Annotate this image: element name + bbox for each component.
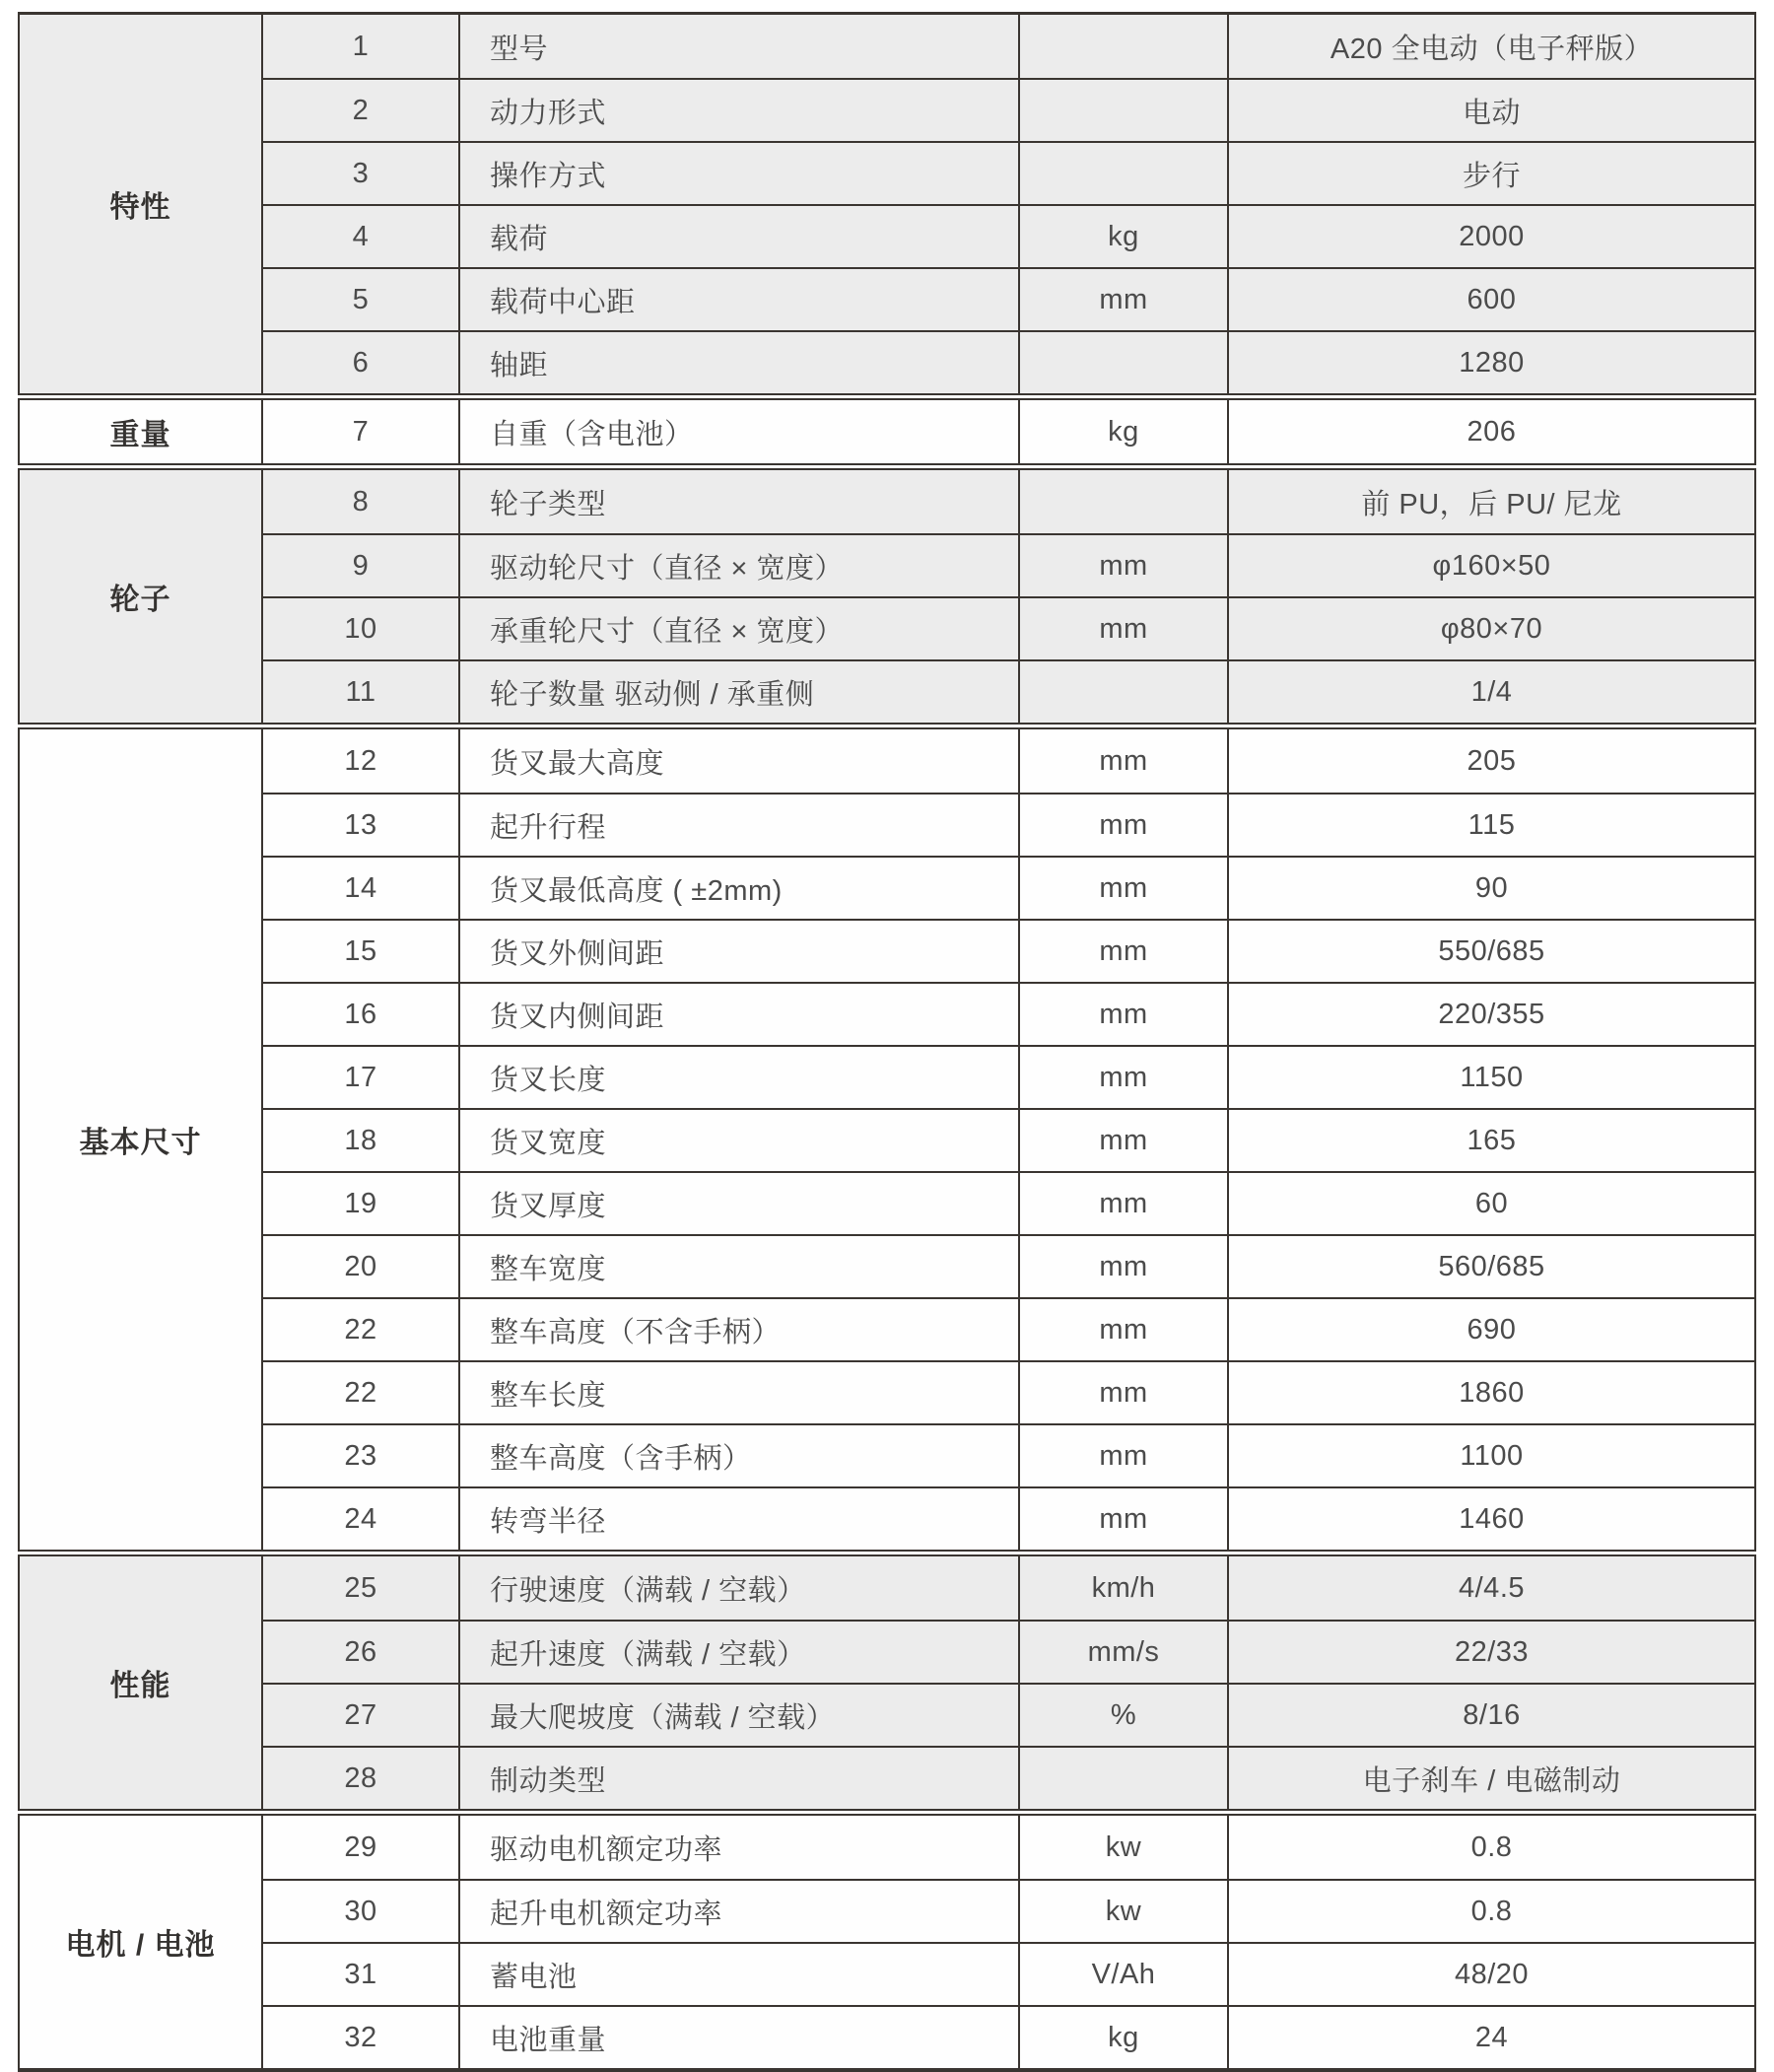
- row-number-cell: 2: [263, 78, 460, 141]
- value-cell: 前 PU，后 PU/ 尼龙: [1229, 470, 1754, 533]
- param-name-cell: 起升行程: [460, 793, 1020, 856]
- param-name-cell: 货叉宽度: [460, 1108, 1020, 1171]
- value-cell: 0.8: [1229, 1816, 1754, 1879]
- row-number-cell: 4: [263, 204, 460, 267]
- row-number-cell: 25: [263, 1556, 460, 1620]
- value-cell: 1460: [1229, 1486, 1754, 1550]
- row-number-cell: 14: [263, 856, 460, 919]
- value-cell: 1100: [1229, 1423, 1754, 1486]
- param-name-cell: 操作方式: [460, 141, 1020, 204]
- row-number-cell: 18: [263, 1108, 460, 1171]
- row-number-cell: 8: [263, 470, 460, 533]
- value-cell: 206: [1229, 400, 1754, 463]
- value-cell: 0.8: [1229, 1879, 1754, 1942]
- spec-table: 特性 1 型号 A20 全电动（电子秤版） 2 动力形式 电动 3 操作方式 步…: [18, 12, 1756, 2072]
- value-cell: 1280: [1229, 330, 1754, 393]
- unit-cell: mm/s: [1020, 1620, 1229, 1683]
- category-cell: 基本尺寸: [20, 729, 263, 1550]
- unit-cell: mm: [1020, 596, 1229, 659]
- value-cell: 550/685: [1229, 919, 1754, 982]
- param-name-cell: 转弯半径: [460, 1486, 1020, 1550]
- param-name-cell: 整车宽度: [460, 1234, 1020, 1297]
- unit-cell: mm: [1020, 729, 1229, 793]
- unit-cell: [1020, 15, 1229, 78]
- row-number-cell: 7: [263, 400, 460, 463]
- value-cell: 220/355: [1229, 982, 1754, 1045]
- unit-cell: mm: [1020, 1423, 1229, 1486]
- row-number-cell: 3: [263, 141, 460, 204]
- param-name-cell: 货叉内侧间距: [460, 982, 1020, 1045]
- row-number-cell: 15: [263, 919, 460, 982]
- value-cell: 4/4.5: [1229, 1556, 1754, 1620]
- value-cell: 22/33: [1229, 1620, 1754, 1683]
- value-cell: 电动: [1229, 78, 1754, 141]
- unit-cell: mm: [1020, 1297, 1229, 1360]
- row-number-cell: 31: [263, 1942, 460, 2005]
- unit-cell: mm: [1020, 1108, 1229, 1171]
- param-name-cell: 起升电机额定功率: [460, 1879, 1020, 1942]
- param-name-cell: 轮子数量 驱动侧 / 承重侧: [460, 659, 1020, 723]
- row-number-cell: 32: [263, 2005, 460, 2068]
- param-name-cell: 整车长度: [460, 1360, 1020, 1423]
- unit-cell: mm: [1020, 1486, 1229, 1550]
- value-cell: 600: [1229, 267, 1754, 330]
- unit-cell: kg: [1020, 400, 1229, 463]
- value-cell: 205: [1229, 729, 1754, 793]
- unit-cell: km/h: [1020, 1556, 1229, 1620]
- value-cell: 48/20: [1229, 1942, 1754, 2005]
- unit-cell: mm: [1020, 856, 1229, 919]
- unit-cell: V/Ah: [1020, 1942, 1229, 2005]
- unit-cell: mm: [1020, 982, 1229, 1045]
- param-name-cell: 承重轮尺寸（直径 × 宽度）: [460, 596, 1020, 659]
- unit-cell: [1020, 470, 1229, 533]
- param-name-cell: 动力形式: [460, 78, 1020, 141]
- unit-cell: mm: [1020, 1045, 1229, 1108]
- unit-cell: [1020, 78, 1229, 141]
- value-cell: 690: [1229, 1297, 1754, 1360]
- category-cell: 性能: [20, 1556, 263, 1809]
- row-number-cell: 22: [263, 1360, 460, 1423]
- param-name-cell: 轮子类型: [460, 470, 1020, 533]
- param-name-cell: 载荷中心距: [460, 267, 1020, 330]
- category-cell: 轮子: [20, 470, 263, 723]
- row-number-cell: 1: [263, 15, 460, 78]
- row-number-cell: 6: [263, 330, 460, 393]
- section-block: 特性 1 型号 A20 全电动（电子秤版） 2 动力形式 电动 3 操作方式 步…: [18, 12, 1756, 395]
- row-number-cell: 13: [263, 793, 460, 856]
- param-name-cell: 货叉最低高度 ( ±2mm): [460, 856, 1020, 919]
- unit-cell: %: [1020, 1683, 1229, 1746]
- param-name-cell: 驱动轮尺寸（直径 × 宽度）: [460, 533, 1020, 596]
- value-cell: 1860: [1229, 1360, 1754, 1423]
- param-name-cell: 轴距: [460, 330, 1020, 393]
- unit-cell: mm: [1020, 1234, 1229, 1297]
- unit-cell: kg: [1020, 204, 1229, 267]
- row-number-cell: 27: [263, 1683, 460, 1746]
- unit-cell: kw: [1020, 1879, 1229, 1942]
- section-block: 性能 25 行驶速度（满载 / 空载） km/h 4/4.5 26 起升速度（满…: [18, 1554, 1756, 1811]
- unit-cell: mm: [1020, 1360, 1229, 1423]
- value-cell: 60: [1229, 1171, 1754, 1234]
- param-name-cell: 行驶速度（满载 / 空载）: [460, 1556, 1020, 1620]
- unit-cell: mm: [1020, 1171, 1229, 1234]
- row-number-cell: 12: [263, 729, 460, 793]
- row-number-cell: 17: [263, 1045, 460, 1108]
- value-cell: 2000: [1229, 204, 1754, 267]
- value-cell: 560/685: [1229, 1234, 1754, 1297]
- param-name-cell: 电池重量: [460, 2005, 1020, 2068]
- param-name-cell: 自重（含电池）: [460, 400, 1020, 463]
- unit-cell: mm: [1020, 533, 1229, 596]
- row-number-cell: 22: [263, 1297, 460, 1360]
- value-cell: 165: [1229, 1108, 1754, 1171]
- section-block: 电机 / 电池 29 驱动电机额定功率 kw 0.8 30 起升电机额定功率 k…: [18, 1814, 1756, 2072]
- row-number-cell: 28: [263, 1746, 460, 1809]
- section-block: 轮子 8 轮子类型 前 PU，后 PU/ 尼龙 9 驱动轮尺寸（直径 × 宽度）…: [18, 468, 1756, 725]
- row-number-cell: 9: [263, 533, 460, 596]
- value-cell: φ160×50: [1229, 533, 1754, 596]
- unit-cell: mm: [1020, 267, 1229, 330]
- category-cell: 电机 / 电池: [20, 1816, 263, 2068]
- param-name-cell: 制动类型: [460, 1746, 1020, 1809]
- param-name-cell: 货叉外侧间距: [460, 919, 1020, 982]
- param-name-cell: 货叉最大高度: [460, 729, 1020, 793]
- row-number-cell: 20: [263, 1234, 460, 1297]
- row-number-cell: 24: [263, 1486, 460, 1550]
- row-number-cell: 26: [263, 1620, 460, 1683]
- value-cell: A20 全电动（电子秤版）: [1229, 15, 1754, 78]
- value-cell: 24: [1229, 2005, 1754, 2068]
- param-name-cell: 整车高度（不含手柄）: [460, 1297, 1020, 1360]
- page: 特性 1 型号 A20 全电动（电子秤版） 2 动力形式 电动 3 操作方式 步…: [0, 0, 1774, 2054]
- param-name-cell: 蓄电池: [460, 1942, 1020, 2005]
- row-number-cell: 5: [263, 267, 460, 330]
- param-name-cell: 整车高度（含手柄）: [460, 1423, 1020, 1486]
- value-cell: φ80×70: [1229, 596, 1754, 659]
- value-cell: 90: [1229, 856, 1754, 919]
- section-block: 重量 7 自重（含电池） kg 206: [18, 398, 1756, 465]
- row-number-cell: 23: [263, 1423, 460, 1486]
- row-number-cell: 19: [263, 1171, 460, 1234]
- param-name-cell: 驱动电机额定功率: [460, 1816, 1020, 1879]
- row-number-cell: 16: [263, 982, 460, 1045]
- value-cell: 8/16: [1229, 1683, 1754, 1746]
- category-cell: 特性: [20, 15, 263, 393]
- category-cell: 重量: [20, 400, 263, 463]
- unit-cell: [1020, 659, 1229, 723]
- value-cell: 电子刹车 / 电磁制动: [1229, 1746, 1754, 1809]
- unit-cell: mm: [1020, 919, 1229, 982]
- row-number-cell: 11: [263, 659, 460, 723]
- unit-cell: mm: [1020, 793, 1229, 856]
- unit-cell: [1020, 141, 1229, 204]
- row-number-cell: 30: [263, 1879, 460, 1942]
- param-name-cell: 最大爬坡度（满载 / 空载）: [460, 1683, 1020, 1746]
- unit-cell: [1020, 330, 1229, 393]
- row-number-cell: 29: [263, 1816, 460, 1879]
- section-block: 基本尺寸 12 货叉最大高度 mm 205 13 起升行程 mm 115 14 …: [18, 727, 1756, 1552]
- value-cell: 115: [1229, 793, 1754, 856]
- param-name-cell: 型号: [460, 15, 1020, 78]
- unit-cell: kw: [1020, 1816, 1229, 1879]
- unit-cell: [1020, 1746, 1229, 1809]
- value-cell: 1150: [1229, 1045, 1754, 1108]
- value-cell: 步行: [1229, 141, 1754, 204]
- param-name-cell: 起升速度（满载 / 空载）: [460, 1620, 1020, 1683]
- unit-cell: kg: [1020, 2005, 1229, 2068]
- param-name-cell: 载荷: [460, 204, 1020, 267]
- param-name-cell: 货叉长度: [460, 1045, 1020, 1108]
- param-name-cell: 货叉厚度: [460, 1171, 1020, 1234]
- row-number-cell: 10: [263, 596, 460, 659]
- value-cell: 1/4: [1229, 659, 1754, 723]
